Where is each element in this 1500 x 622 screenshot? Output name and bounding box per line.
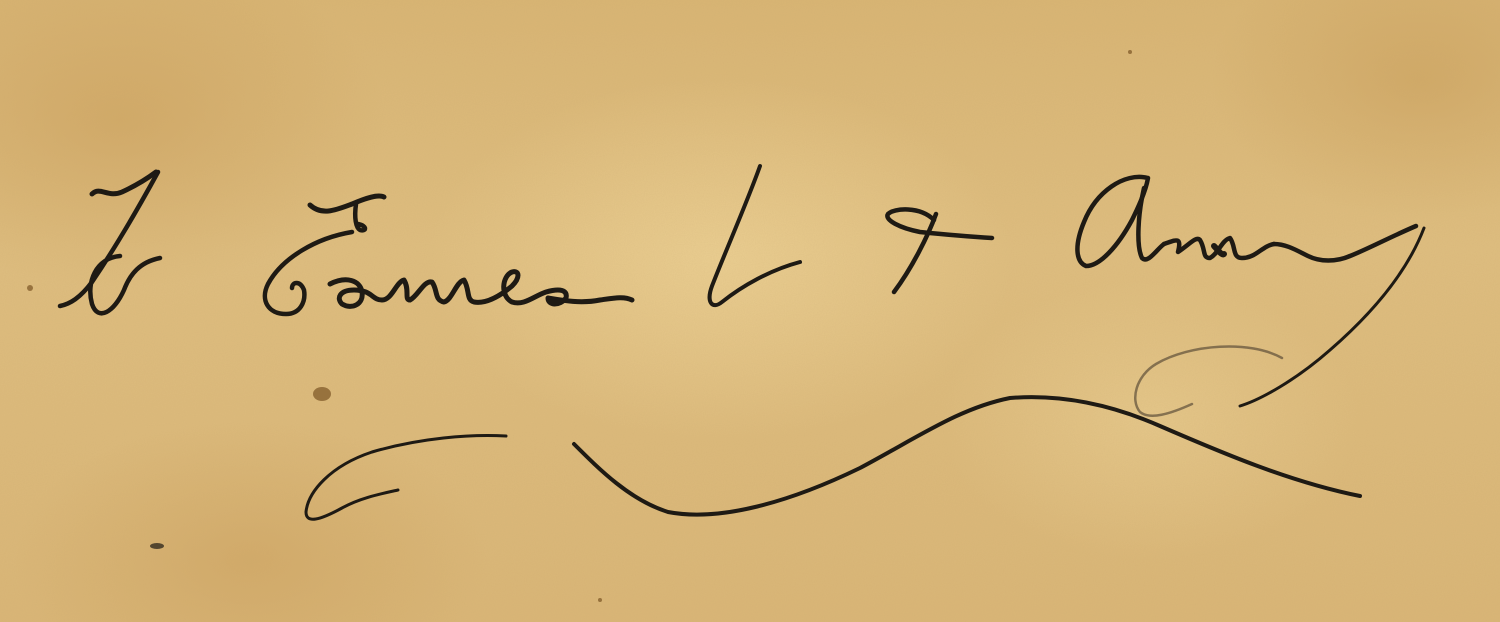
paper-texture (0, 0, 1500, 622)
aged-paper: To Earnest & Amy (0, 0, 1500, 622)
handwriting (0, 0, 1500, 622)
